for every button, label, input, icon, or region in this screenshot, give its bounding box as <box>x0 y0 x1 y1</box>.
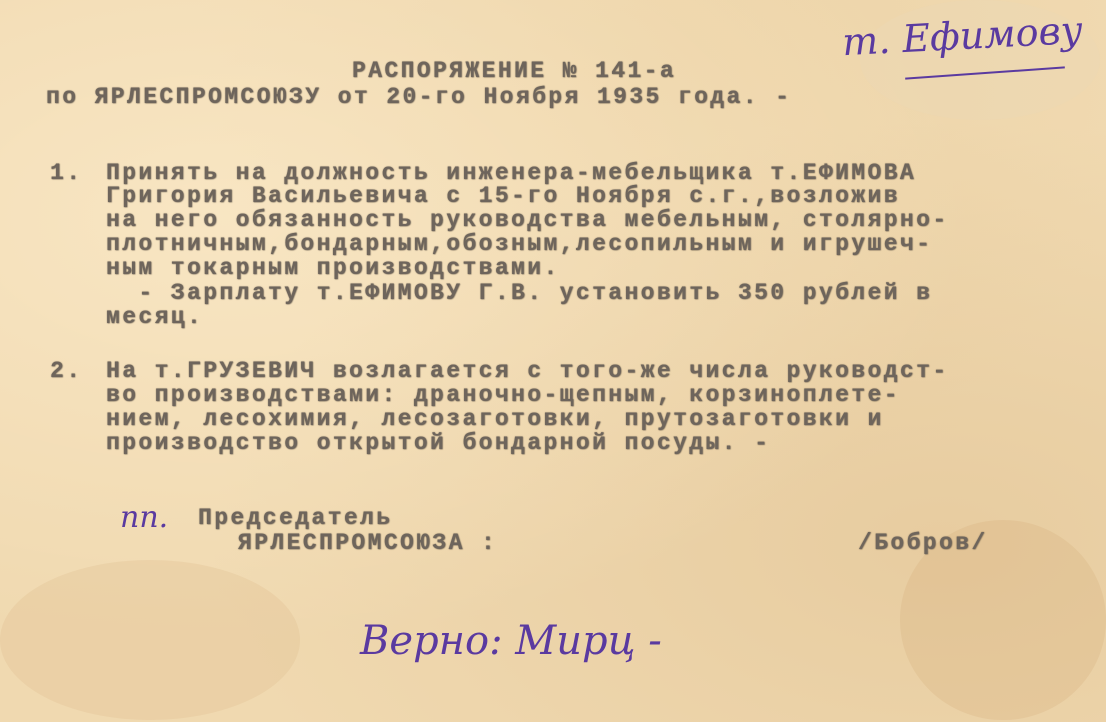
item-line: нием, лесохимия, лесозаготовки, прутозаг… <box>106 406 884 432</box>
handwritten-certification: Верно: Мирц - <box>360 618 662 664</box>
item-number: 2. <box>50 358 82 384</box>
signer-name: /Бобров/ <box>858 530 988 556</box>
document-title: РАСПОРЯЖЕНИЕ № 141-а <box>352 58 676 84</box>
position-line-2: ЯРЛЕСПРОМСОЮЗА : <box>238 530 497 556</box>
item-line: производство открытой бондарной посуды. … <box>106 430 770 456</box>
item-line: месяц. <box>106 304 203 330</box>
item-line: На т.ГРУЗЕВИЧ возлагается с того-же числ… <box>106 358 949 384</box>
item-line: во производствами: драночно-щепным, корз… <box>106 382 900 408</box>
item-line: - Зарплату т.ЕФИМОВУ Г.В. установить 350… <box>106 280 932 306</box>
document-page: т. Ефимову РАСПОРЯЖЕНИЕ № 141-а по ЯРЛЕС… <box>0 0 1106 722</box>
addressee-underline <box>905 66 1065 79</box>
handwritten-prefix: пп. <box>120 500 168 535</box>
item-line: плотничным,бондарным,обозным,лесопильным… <box>106 231 932 257</box>
document-subtitle: по ЯРЛЕСПРОМСОЮЗУ от 20-го Ноября 1935 г… <box>46 84 791 110</box>
item-line: на него обязанность руководства мебельны… <box>106 207 949 233</box>
item-line: ным токарным производствами. <box>106 255 560 281</box>
item-number: 1. <box>50 160 82 186</box>
handwritten-addressee: т. Ефимову <box>841 8 1084 65</box>
position-line-1: Председатель <box>198 505 392 531</box>
item-line: Григория Васильевича с 15-го Ноября с.г.… <box>106 183 900 209</box>
